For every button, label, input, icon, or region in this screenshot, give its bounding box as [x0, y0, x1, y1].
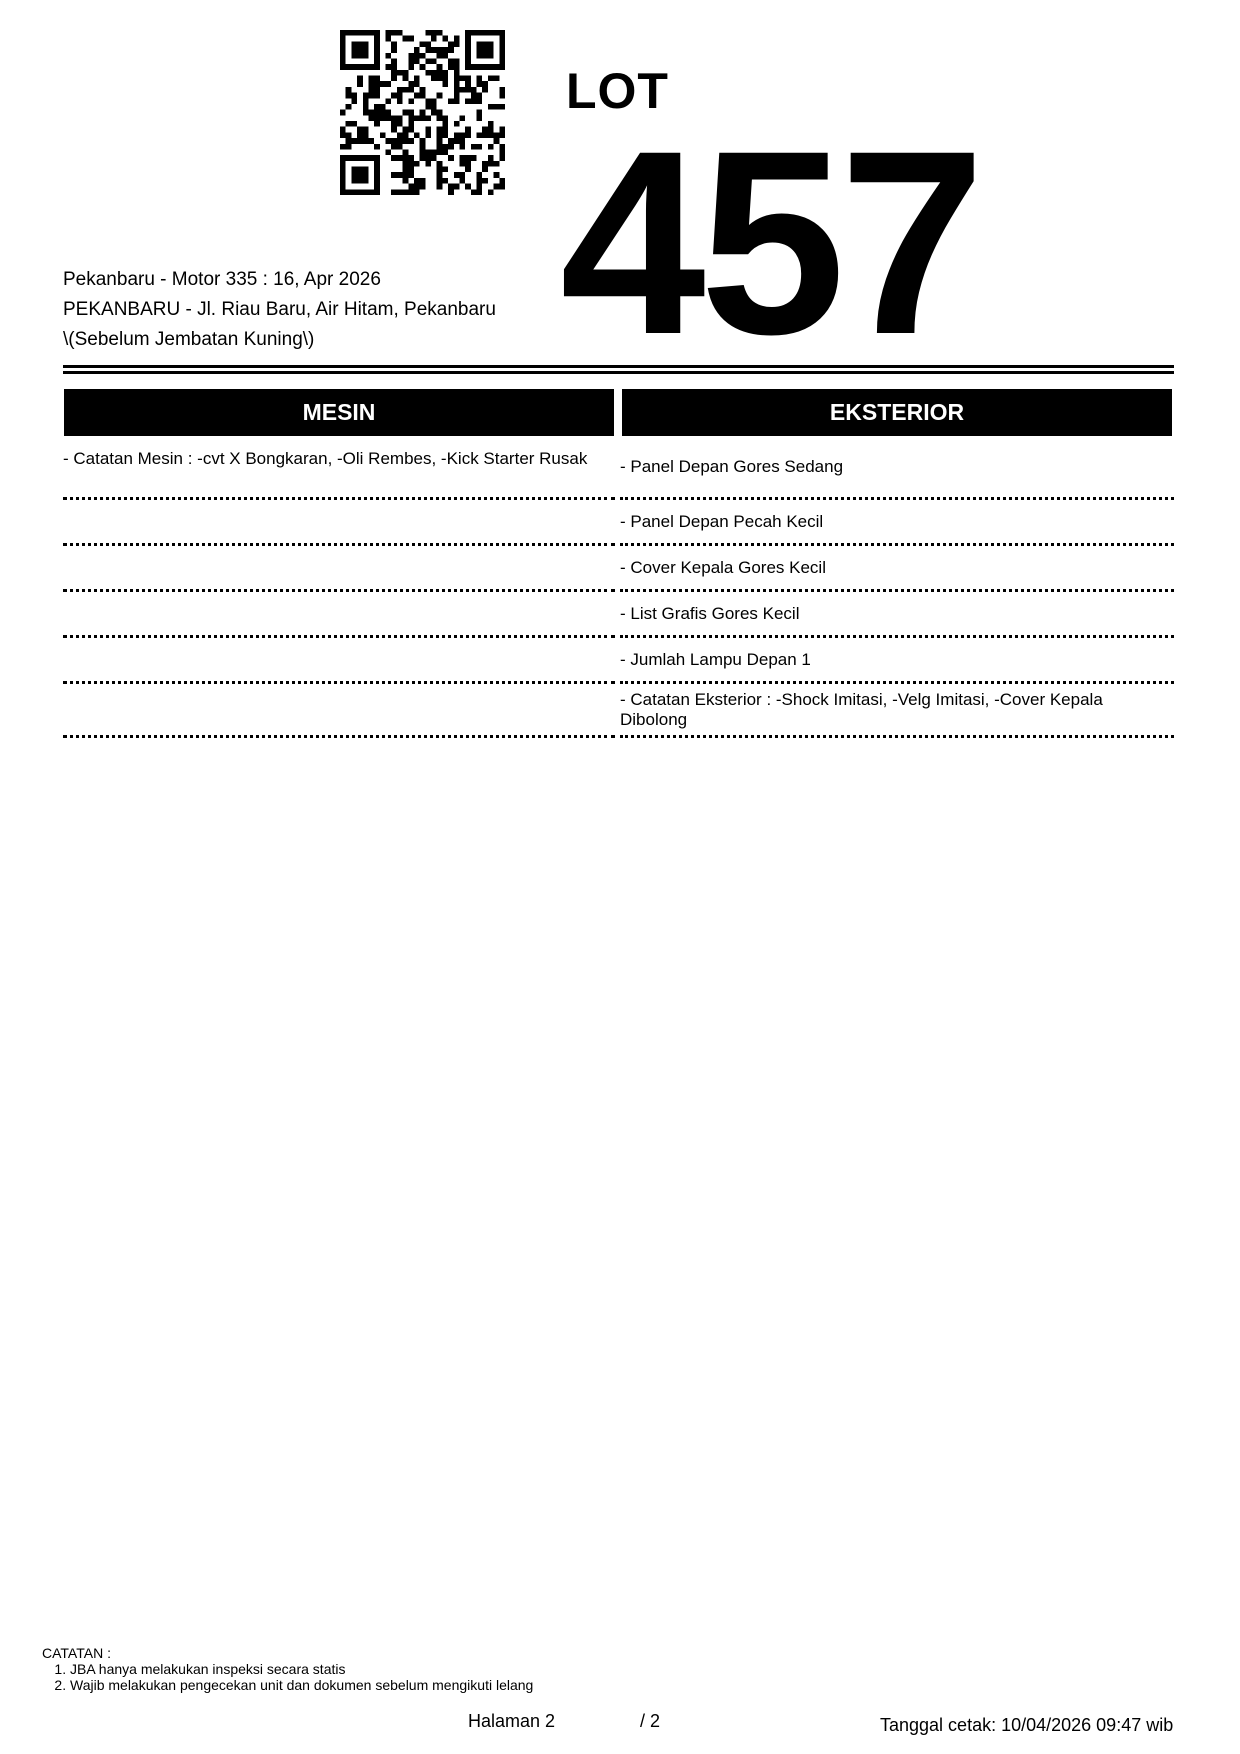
section-header-mesin: MESIN — [64, 389, 614, 436]
page-total: / 2 — [640, 1711, 660, 1732]
notes-title: CATATAN : — [42, 1645, 533, 1661]
auction-title: Pekanbaru - Motor 335 : 16, Apr 2026 — [63, 270, 381, 289]
list-item: - Panel Depan Gores Sedang — [620, 436, 1174, 500]
list-item — [63, 592, 615, 638]
qr-code-icon — [340, 30, 505, 195]
auction-location: PEKANBARU - Jl. Riau Baru, Air Hitam, Pe… — [63, 300, 496, 319]
eksterior-list: - Panel Depan Gores Sedang - Panel Depan… — [620, 436, 1174, 738]
list-item: - List Grafis Gores Kecil — [620, 592, 1174, 638]
list-item — [63, 638, 615, 684]
note-item: Wajib melakukan pengecekan unit dan doku… — [70, 1677, 533, 1693]
print-date: Tanggal cetak: 10/04/2026 09:47 wib — [880, 1715, 1173, 1736]
header-divider — [63, 365, 1174, 368]
list-item — [63, 500, 615, 546]
lot-number: 457 — [560, 112, 979, 374]
notes: CATATAN : JBA hanya melakukan inspeksi s… — [42, 1645, 533, 1693]
list-item: - Cover Kepala Gores Kecil — [620, 546, 1174, 592]
section-header-eksterior: EKSTERIOR — [622, 389, 1172, 436]
list-item: - Catatan Eksterior : -Shock Imitasi, -V… — [620, 684, 1174, 738]
header-divider — [63, 371, 1174, 374]
list-item — [63, 546, 615, 592]
list-item: - Jumlah Lampu Depan 1 — [620, 638, 1174, 684]
note-item: JBA hanya melakukan inspeksi secara stat… — [70, 1661, 533, 1677]
mesin-list: - Catatan Mesin : -cvt X Bongkaran, -Oli… — [63, 436, 615, 738]
auction-location-note: \(Sebelum Jembatan Kuning\) — [63, 330, 314, 349]
list-item: - Panel Depan Pecah Kecil — [620, 500, 1174, 546]
list-item — [63, 684, 615, 738]
page-number: Halaman 2 — [468, 1711, 555, 1732]
list-item: - Catatan Mesin : -cvt X Bongkaran, -Oli… — [63, 436, 615, 500]
